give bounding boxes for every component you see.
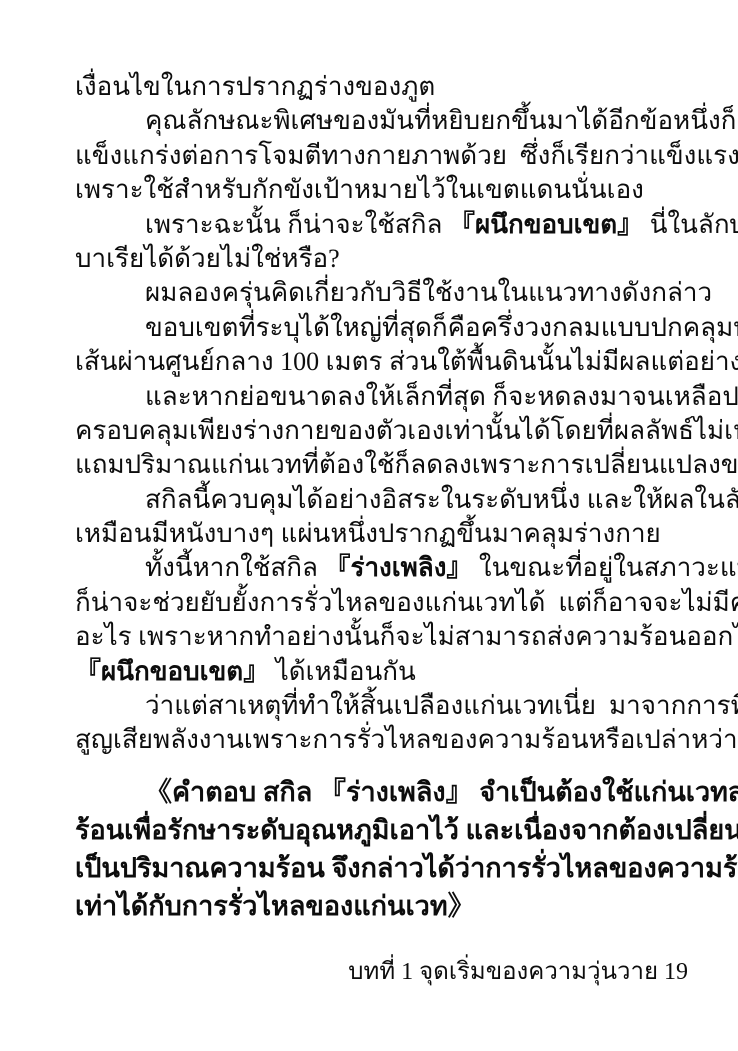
- text-line: บาเรียได้ด้วยไม่ใช่หรือ?: [75, 242, 695, 276]
- skill-name: 『ผนึกขอบเขต』: [449, 210, 643, 239]
- text-line: และหากย่อขนาดลงให้เล็กที่สุด ก็จะหดลงมาจ…: [75, 380, 695, 414]
- text-line: เงื่อนไขในการปรากฏร่างของภูต: [75, 70, 695, 104]
- text-line: ทั้งนี้หากใช้สกิล 『ร่างเพลิง』 ในขณะที่อย…: [75, 551, 695, 585]
- answer-paragraph: 《คำตอบ สกิล 『ร่างเพลิง』 จำเป็นต้องใช้แก่…: [75, 773, 700, 925]
- text-line: เหมือนมีหนังบางๆ แผ่นหนึ่งปรากฏขึ้นมาคลุ…: [75, 517, 695, 551]
- text-line: ว่าแต่สาเหตุที่ทำให้สิ้นเปลืองแก่นเวทเนี…: [75, 689, 695, 723]
- text-line: คุณลักษณะพิเศษของมันที่หยิบยกขึ้นมาได้อี…: [75, 104, 695, 138]
- answer-line: เท่าได้กับการรั่วไหลของแก่นเวท》: [75, 887, 700, 925]
- text-line: เส้นผ่านศูนย์กลาง 100 เมตร ส่วนใต้พื้นดิ…: [75, 345, 695, 379]
- text-line: แถมปริมาณแก่นเวทที่ต้องใช้ก็ลดลงเพราะการ…: [75, 448, 695, 482]
- text-line: ครอบคลุมเพียงร่างกายของตัวเองเท่านั้นได้…: [75, 414, 695, 448]
- text-segment: เพราะฉะนั้น ก็น่าจะใช้สกิล: [145, 210, 449, 239]
- text-segment: ได้เหมือนกัน: [269, 657, 416, 686]
- text-line: อะไร เพราะหากทำอย่างนั้นก็จะไม่สามารถส่ง…: [75, 620, 695, 654]
- text-segment: นี่ในลักษณะของ: [643, 210, 738, 239]
- text-line: 『ผนึกขอบเขต』 ได้เหมือนกัน: [75, 655, 695, 689]
- text-line: แข็งแกร่งต่อการโจมตีทางกายภาพด้วย ซึ่งก็…: [75, 139, 695, 173]
- skill-name: 『ผนึกขอบเขต』: [75, 657, 269, 686]
- text-segment: ในขณะที่อยู่ในสภาวะแบบนี้: [472, 553, 738, 582]
- text-segment: ทั้งนี้หากใช้สกิล: [145, 553, 324, 582]
- text-line: ผมลองครุ่นคิดเกี่ยวกับวิธีใช้งานในแนวทาง…: [75, 276, 695, 310]
- text-line: ก็น่าจะช่วยยับยั้งการรั่วไหลของแก่นเวทได…: [75, 586, 695, 620]
- text-line: ขอบเขตที่ระบุได้ใหญ่ที่สุดก็คือครึ่งวงกล…: [75, 311, 695, 345]
- answer-line: 《คำตอบ สกิล 『ร่างเพลิง』 จำเป็นต้องใช้แก่…: [75, 773, 700, 811]
- book-page: เงื่อนไขในการปรากฏร่างของภูต คุณลักษณะพิ…: [0, 0, 738, 1051]
- answer-line: ร้อนเพื่อรักษาระดับอุณหภูมิเอาไว้ และเนื…: [75, 811, 700, 849]
- text-line: เพราะฉะนั้น ก็น่าจะใช้สกิล 『ผนึกขอบเขต』 …: [75, 208, 695, 242]
- page-footer: บทที่ 1 จุดเริ่มของความวุ่นวาย 19: [348, 951, 688, 990]
- answer-line: เป็นปริมาณความร้อน จึงกล่าวได้ว่าการรั่ว…: [75, 849, 700, 887]
- skill-name: 『ร่างเพลิง』: [324, 553, 472, 582]
- body-paragraphs: เงื่อนไขในการปรากฏร่างของภูต คุณลักษณะพิ…: [75, 70, 695, 758]
- text-line: สกิลนี้ควบคุมได้อย่างอิสระในระดับหนึ่ง แ…: [75, 483, 695, 517]
- text-line: เพราะใช้สำหรับกักขังเป้าหมายไว้ในเขตแดนน…: [75, 173, 695, 207]
- text-line: สูญเสียพลังงานเพราะการรั่วไหลของความร้อน…: [75, 723, 695, 757]
